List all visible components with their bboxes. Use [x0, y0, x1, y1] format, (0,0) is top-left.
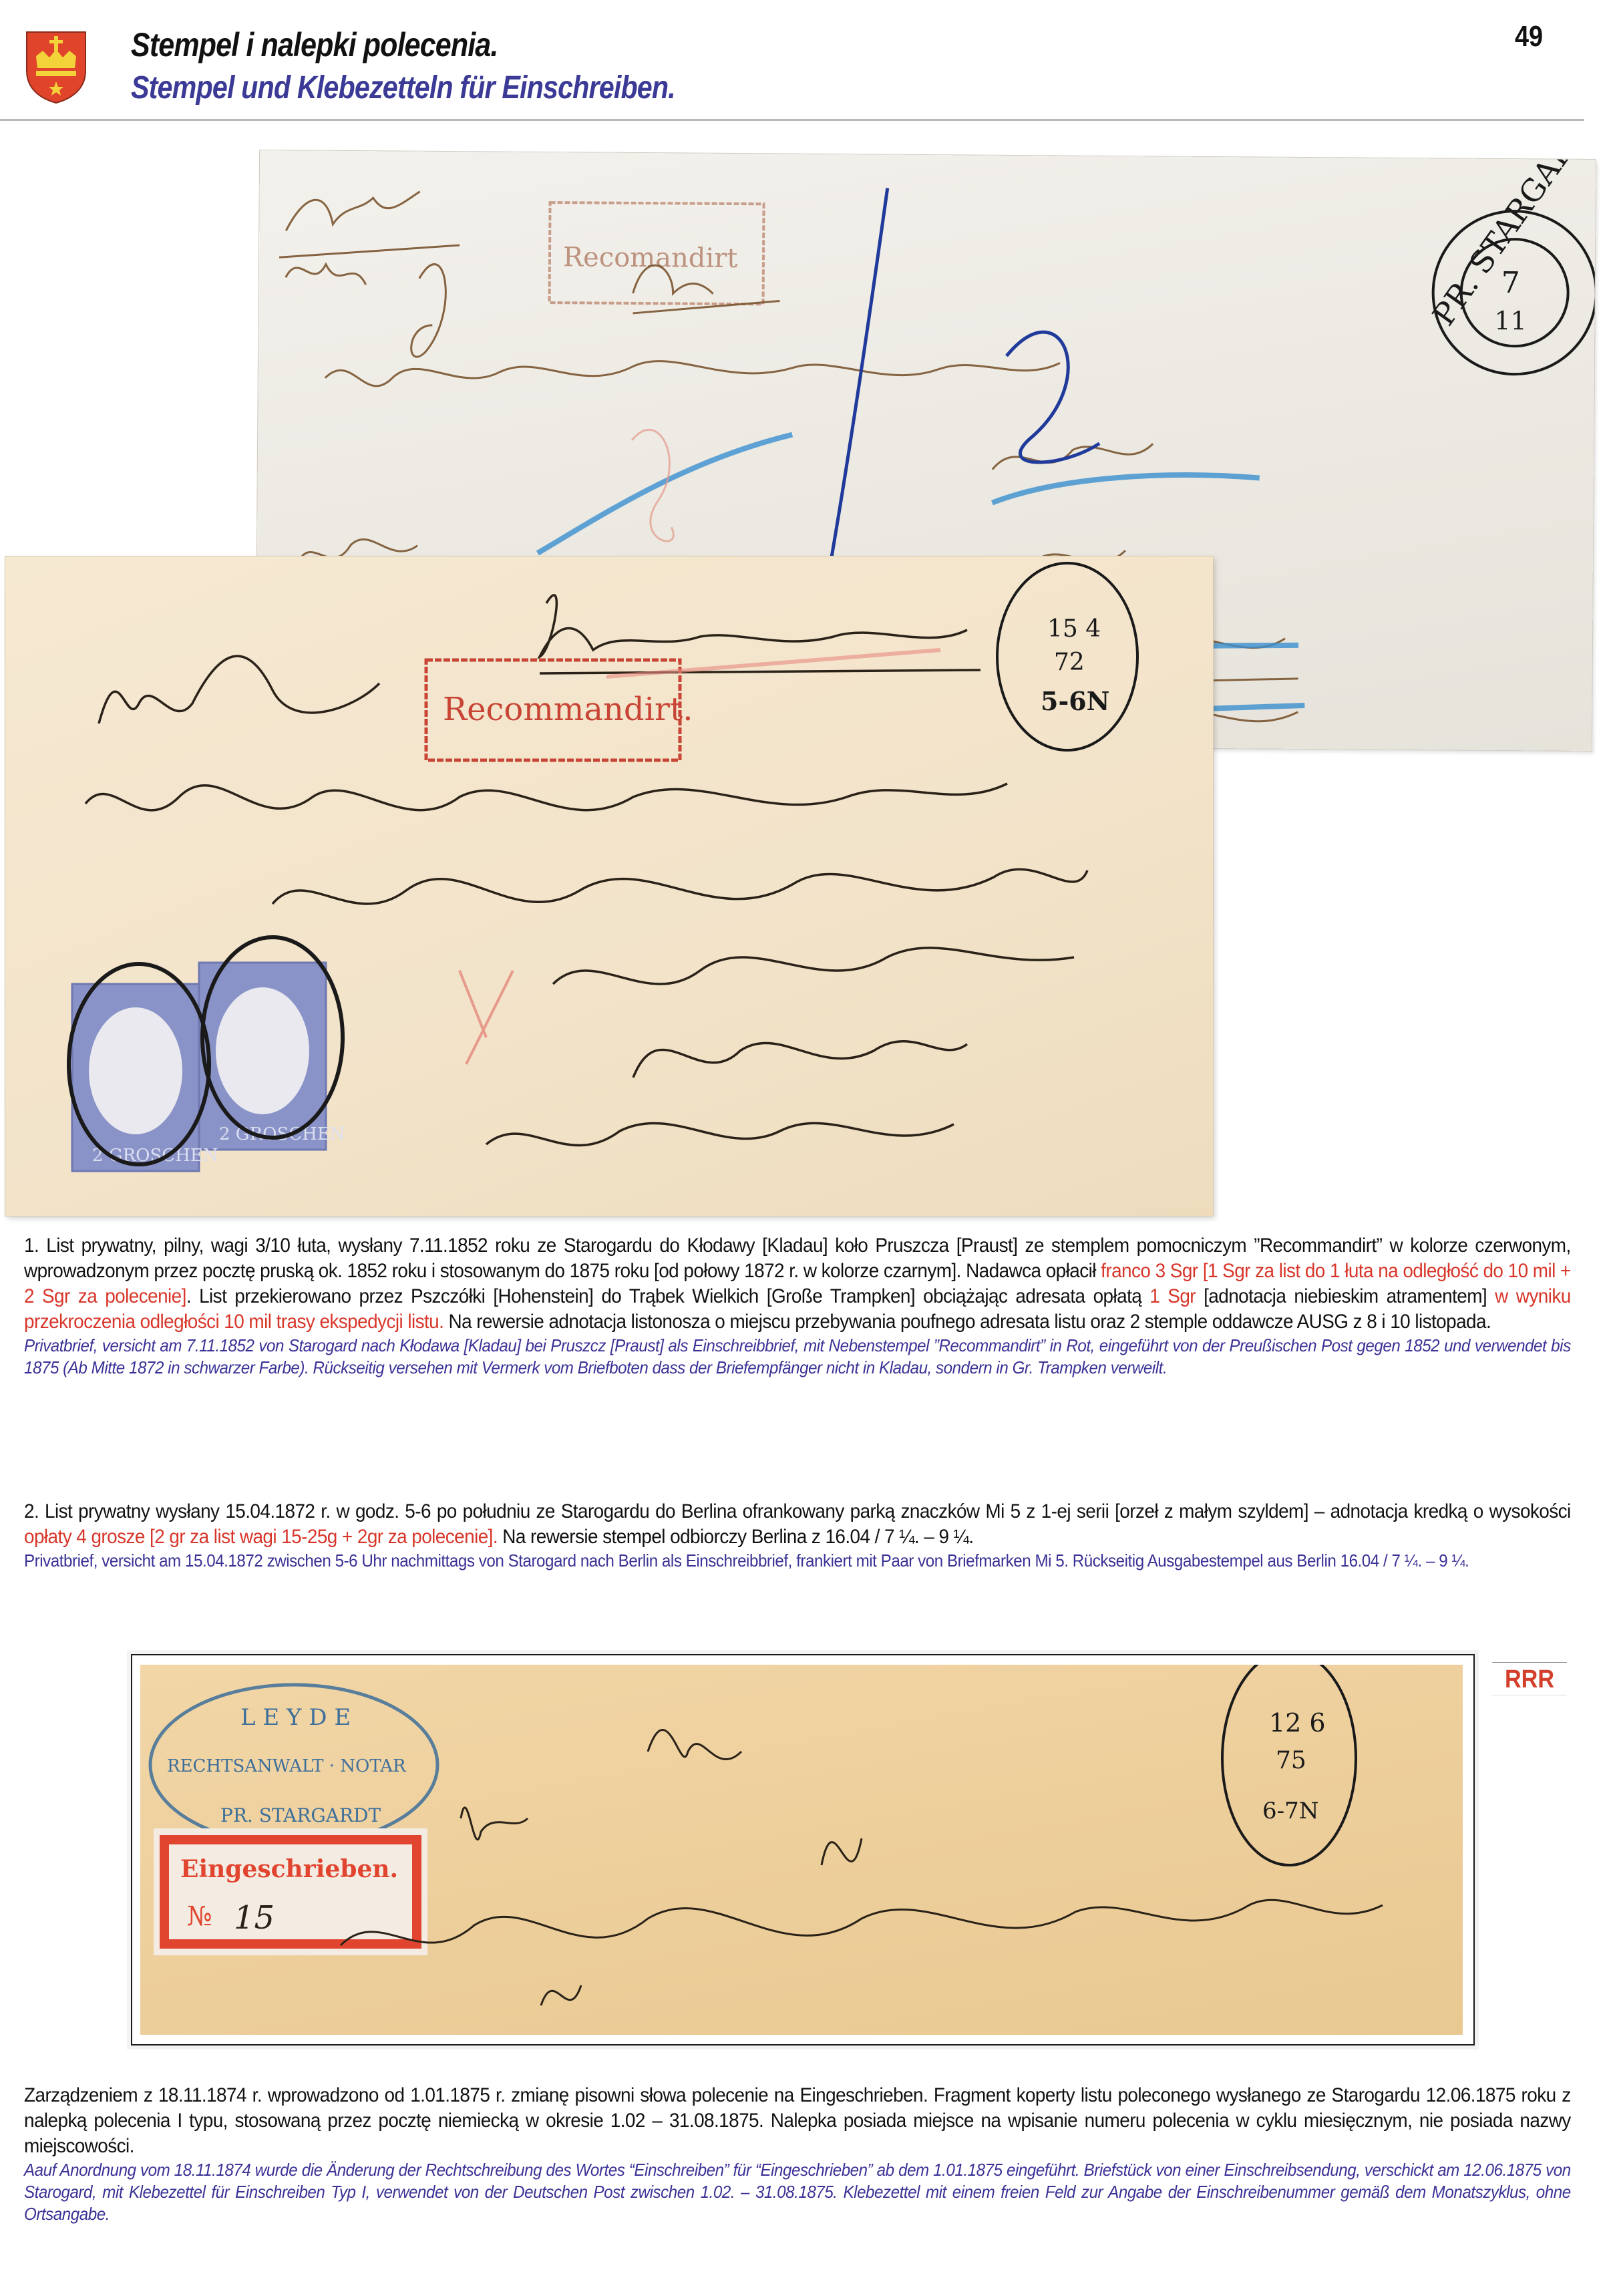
- header-divider: [0, 119, 1584, 121]
- leyde-oval-stamp: L E Y D E RECHTSANWALT · NOTAR PR. STARG…: [150, 1685, 437, 1845]
- svg-text:Recomandirt: Recomandirt: [563, 242, 738, 274]
- caption-item-1-pl: 1. List prywatny, pilny, wagi 3/10 łuta,…: [24, 1233, 1571, 1335]
- caption-item-1: 1. List prywatny, pilny, wagi 3/10 łuta,…: [24, 1233, 1571, 1379]
- cover-2-image: Recommandirt. 15 4 72 5-6N 2 GROSCHEN 2 …: [5, 556, 1213, 1216]
- svg-text:15: 15: [234, 1899, 275, 1937]
- caption-item-3-de: Aauf Anordnung vom 18.11.1874 wurde die …: [24, 2159, 1571, 2225]
- svg-text:RECHTSANWALT · NOTAR: RECHTSANWALT · NOTAR: [167, 1756, 407, 1776]
- svg-text:№: №: [187, 1901, 212, 1932]
- svg-text:2 GROSCHEN: 2 GROSCHEN: [219, 1124, 345, 1144]
- caption-item-1-de: Privatbrief, versicht am 7.11.1852 von S…: [24, 1335, 1571, 1379]
- page-title: Stempel i nalepki polecenia.: [131, 25, 498, 64]
- caption-text: 2. List prywatny wysłany 15.04.1872 r. w…: [24, 1500, 1571, 1522]
- caption-text: Na rewersie adnotacja listonosza o miejs…: [443, 1311, 1491, 1333]
- rarity-badge: RRR: [1492, 1662, 1567, 1695]
- postage-stamp-pair: 2 GROSCHEN 2 GROSCHEN: [69, 937, 345, 1171]
- svg-text:12 6: 12 6: [1269, 1708, 1326, 1738]
- caption-highlight: 1 Sgr: [1149, 1285, 1196, 1307]
- coat-of-arms-icon: [24, 29, 88, 104]
- caption-item-2-pl: 2. List prywatny wysłany 15.04.1872 r. w…: [24, 1499, 1571, 1550]
- svg-text:PR. STARGARDT: PR. STARGARDT: [220, 1804, 381, 1826]
- svg-text:5-6N: 5-6N: [1041, 686, 1109, 716]
- caption-item-3: Zarządzeniem z 18.11.1874 r. wprowadzono…: [24, 2083, 1571, 2225]
- svg-text:75: 75: [1276, 1747, 1306, 1774]
- svg-text:15 4: 15 4: [1047, 615, 1101, 643]
- page-subtitle: Stempel und Klebezetteln für Einschreibe…: [131, 69, 675, 106]
- fragment-3-image: L E Y D E RECHTSANWALT · NOTAR PR. STARG…: [140, 1665, 1463, 2035]
- recommandirt-boxed-stamp-red: Recommandirt.: [426, 660, 693, 760]
- svg-text:7: 7: [1501, 266, 1520, 300]
- svg-text:11: 11: [1494, 306, 1527, 335]
- eingeschrieben-label: Eingeschrieben. № 15: [154, 1828, 427, 1955]
- caption-item-3-pl: Zarządzeniem z 18.11.1874 r. wprowadzono…: [24, 2083, 1571, 2159]
- caption-item-2: 2. List prywatny wysłany 15.04.1872 r. w…: [24, 1499, 1571, 1572]
- svg-text:Recommandirt.: Recommandirt.: [443, 691, 693, 728]
- caption-text: . List przekierowano przez Pszczółki [Ho…: [186, 1285, 1149, 1307]
- recomandirt-boxed-stamp: Recomandirt: [550, 202, 764, 304]
- caption-text: Na rewersie stempel odbiorczy Berlina z …: [498, 1526, 973, 1548]
- caption-text: [adnotacja niebieskim atramentem]: [1196, 1285, 1495, 1307]
- caption-item-2-de: Privatbrief, versicht am 15.04.1872 zwis…: [24, 1550, 1571, 1572]
- caption-highlight: opłaty 4 grosze [2 gr za list wagi 15-25…: [24, 1526, 498, 1548]
- svg-text:72: 72: [1054, 649, 1085, 676]
- page-number: 49: [1515, 20, 1543, 53]
- svg-text:L E Y D E: L E Y D E: [240, 1704, 351, 1731]
- svg-text:Eingeschrieben.: Eingeschrieben.: [180, 1855, 398, 1883]
- svg-text:6-7N: 6-7N: [1262, 1798, 1319, 1824]
